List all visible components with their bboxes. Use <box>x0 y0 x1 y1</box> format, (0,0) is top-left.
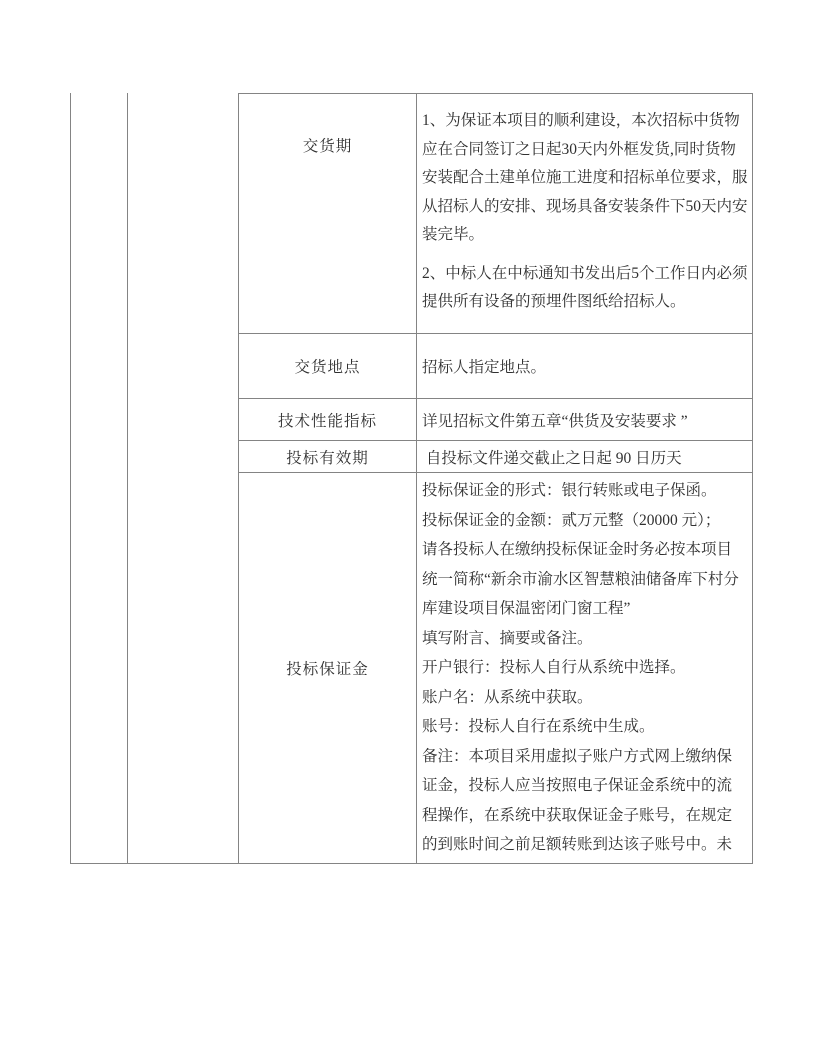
content-line: 详见招标文件第五章“供货及安装要求 ” <box>422 409 746 431</box>
label-text-bid-deposit: 投标保证金 <box>286 657 369 679</box>
label-cell-delivery-place: 交货地点 <box>238 333 416 398</box>
content-line: 统一简称“新余市渝水区智慧粮油储备库下村分 <box>422 565 746 595</box>
document-page: 交货期 1、为保证本项目的顺利建设，本次招标中货物 应在合同签订之日起30天内外… <box>0 0 815 1055</box>
label-text-delivery-period: 交货期 <box>303 134 353 156</box>
continued-column-1 <box>70 93 127 863</box>
content-cell-delivery-period: 1、为保证本项目的顺利建设，本次招标中货物 应在合同签订之日起30天内外框发货,… <box>416 93 753 333</box>
continued-column-2 <box>127 93 238 863</box>
content-line: 账户名：从系统中获取。 <box>422 683 746 713</box>
label-cell-delivery-period: 交货期 <box>238 93 416 333</box>
content-line: 投标保证金的金额：贰万元整（20000 元）； <box>422 506 746 536</box>
content-line: 证金，投标人应当按照电子保证金系统中的流 <box>422 771 746 801</box>
content-line: 应在合同签订之日起30天内外框发货,同时货物 <box>422 136 746 165</box>
content-cell-delivery-place: 招标人指定地点。 <box>416 333 753 398</box>
label-cell-bid-deposit: 投标保证金 <box>238 472 416 863</box>
content-cell-technical-specs: 详见招标文件第五章“供货及安装要求 ” <box>416 398 753 440</box>
content-line: 请各投标人在缴纳投标保证金时务必按本项目 <box>422 535 746 565</box>
bid-terms-table: 交货期 1、为保证本项目的顺利建设，本次招标中货物 应在合同签订之日起30天内外… <box>70 93 753 864</box>
content-cell-bid-validity: 自投标文件递交截止之日起 90 日历天 <box>416 440 753 472</box>
content-line: 填写附言、摘要或备注。 <box>422 624 746 654</box>
content-line: 库建设项目保温密闭门窗工程” <box>422 594 746 624</box>
label-cell-technical-specs: 技术性能指标 <box>238 398 416 440</box>
content-cell-bid-deposit: 投标保证金的形式：银行转账或电子保函。 投标保证金的金额：贰万元整（20000 … <box>416 472 753 863</box>
content-line: 1、为保证本项目的顺利建设，本次招标中货物 <box>422 107 746 136</box>
content-line: 安装配合土建单位施工进度和招标单位要求，服 <box>422 164 746 193</box>
content-line: 提供所有设备的预埋件图纸给招标人。 <box>422 288 746 317</box>
label-text-bid-validity: 投标有效期 <box>286 446 369 468</box>
label-cell-bid-validity: 投标有效期 <box>238 440 416 472</box>
content-line: 从招标人的安排、现场具备安装条件下50天内安 <box>422 193 746 222</box>
content-line: 备注：本项目采用虚拟子账户方式网上缴纳保 <box>422 742 746 772</box>
content-line: 账号：投标人自行在系统中生成。 <box>422 712 746 742</box>
content-line: 招标人指定地点。 <box>422 355 746 377</box>
content-line: 程操作，在系统中获取保证金子账号，在规定 <box>422 801 746 831</box>
content-line: 2、中标人在中标通知书发出后5个工作日内必须 <box>422 260 746 289</box>
content-line: 的到账时间之前足额转账到达该子账号中。未 <box>422 830 746 860</box>
content-line: 装完毕。 <box>422 221 746 250</box>
content-line: 自投标文件递交截止之日起 90 日历天 <box>422 446 746 468</box>
content-line: 开户银行：投标人自行从系统中选择。 <box>422 653 746 683</box>
label-text-technical-specs: 技术性能指标 <box>278 409 377 431</box>
label-text-delivery-place: 交货地点 <box>294 355 360 377</box>
content-line: 投标保证金的形式：银行转账或电子保函。 <box>422 476 746 506</box>
